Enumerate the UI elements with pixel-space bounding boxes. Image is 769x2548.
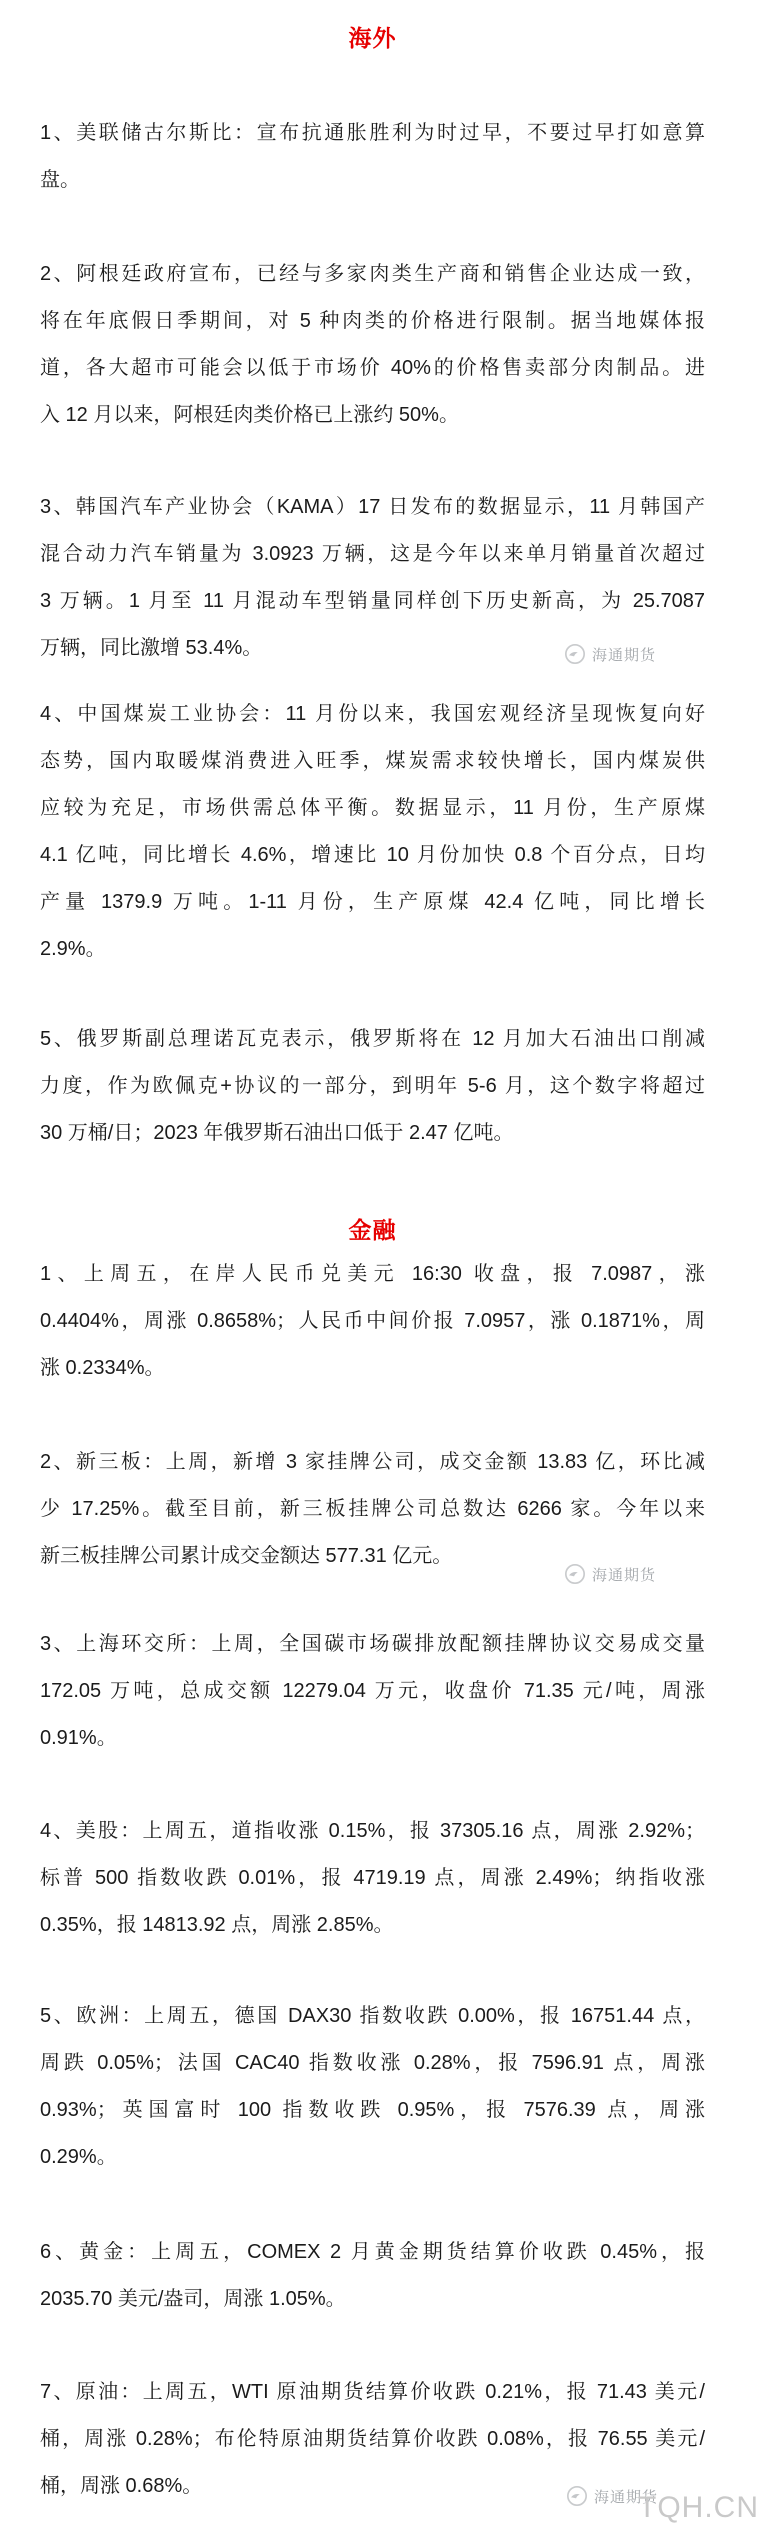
text-line: 态势，国内取暖煤消费进入旺季，煤炭需求较快增长，国内煤炭供 <box>40 738 705 785</box>
news-item-overseas-2: 2、阿根廷政府宣布，已经与多家肉类生产商和销售企业达成一致， 将在年底假日季期间… <box>40 251 705 439</box>
news-item-finance-2: 2、新三板：上周，新增 3 家挂牌公司，成交金额 13.83 亿，环比减 少 1… <box>40 1439 705 1580</box>
text-line: 172.05 万吨，总成交额 12279.04 万元，收盘价 71.35 元/吨… <box>40 1668 705 1715</box>
text-line: 3、韩国汽车产业协会（KAMA）17 日发布的数据显示，11 月韩国产 <box>40 484 705 531</box>
news-item-finance-5: 5、欧洲：上周五，德国 DAX30 指数收跌 0.00%，报 16751.44 … <box>40 1993 705 2181</box>
news-item-overseas-5: 5、俄罗斯副总理诺瓦克表示，俄罗斯将在 12 月加大石油出口削减 力度，作为欧佩… <box>40 1016 705 1157</box>
news-item-finance-7: 7、原油：上周五，WTI 原油期货结算价收跌 0.21%，报 71.43 美元/… <box>40 2369 705 2510</box>
text-line: 4、美股：上周五，道指收涨 0.15%，报 37305.16 点，周涨 2.92… <box>40 1808 705 1855</box>
text-line: 力度，作为欧佩克+协议的一部分，到明年 5-6 月，这个数字将超过 <box>40 1063 705 1110</box>
text-line: 5、欧洲：上周五，德国 DAX30 指数收跌 0.00%，报 16751.44 … <box>40 1993 705 2040</box>
text-line: 新三板挂牌公司累计成交金额达 577.31 亿元。 <box>40 1533 705 1580</box>
news-item-overseas-4: 4、中国煤炭工业协会：11 月份以来，我国宏观经济呈现恢复向好 态势，国内取暖煤… <box>40 691 705 973</box>
text-line: 0.29%。 <box>40 2134 705 2181</box>
news-item-finance-4: 4、美股：上周五，道指收涨 0.15%，报 37305.16 点，周涨 2.92… <box>40 1808 705 1949</box>
section-title-finance: 金融 <box>40 1213 705 1247</box>
text-line: 0.91%。 <box>40 1715 705 1762</box>
news-item-finance-1: 1、上周五，在岸人民币兑美元 16:30 收盘，报 7.0987，涨 0.440… <box>40 1251 705 1392</box>
text-line: 0.4404%，周涨 0.8658%；人民币中间价报 7.0957，涨 0.18… <box>40 1298 705 1345</box>
text-line: 盘。 <box>40 157 705 204</box>
news-item-finance-3: 3、上海环交所：上周，全国碳市场碳排放配额挂牌协议交易成交量 172.05 万吨… <box>40 1621 705 1762</box>
text-line: 涨 0.2334%。 <box>40 1345 705 1392</box>
text-line: 混合动力汽车销量为 3.0923 万辆，这是今年以来单月销量首次超过 <box>40 531 705 578</box>
text-line: 3 万辆。1 月至 11 月混动车型销量同样创下历史新高，为 25.7087 <box>40 578 705 625</box>
section-title-overseas: 海外 <box>40 21 705 55</box>
text-line: 周跌 0.05%；法国 CAC40 指数收涨 0.28%，报 7596.91 点… <box>40 2040 705 2087</box>
document: 海外 1、美联储古尔斯比：宣布抗通胀胜利为时过早，不要过早打如意算 盘。 2、阿… <box>0 21 769 2548</box>
text-line: 4.1 亿吨，同比增长 4.6%，增速比 10 月份加快 0.8 个百分点，日均 <box>40 832 705 879</box>
text-line: 4、中国煤炭工业协会：11 月份以来，我国宏观经济呈现恢复向好 <box>40 691 705 738</box>
text-line: 1、美联储古尔斯比：宣布抗通胀胜利为时过早，不要过早打如意算 <box>40 110 705 157</box>
text-line: 入 12 月以来，阿根廷肉类价格已上涨约 50%。 <box>40 392 705 439</box>
text-line: 2035.70 美元/盎司，周涨 1.05%。 <box>40 2276 705 2323</box>
text-line: 桶，周涨 0.28%；布伦特原油期货结算价收跌 0.08%，报 76.55 美元… <box>40 2416 705 2463</box>
text-line: 30 万桶/日；2023 年俄罗斯石油出口低于 2.47 亿吨。 <box>40 1110 705 1157</box>
news-item-overseas-3: 3、韩国汽车产业协会（KAMA）17 日发布的数据显示，11 月韩国产 混合动力… <box>40 484 705 672</box>
text-line: 0.93%；英国富时 100 指数收跌 0.95%，报 7576.39 点，周涨 <box>40 2087 705 2134</box>
text-line: 桶，周涨 0.68%。 <box>40 2463 705 2510</box>
text-line: 2、阿根廷政府宣布，已经与多家肉类生产商和销售企业达成一致， <box>40 251 705 298</box>
text-line: 标普 500 指数收跌 0.01%，报 4719.19 点，周涨 2.49%；纳… <box>40 1855 705 1902</box>
text-line: 3、上海环交所：上周，全国碳市场碳排放配额挂牌协议交易成交量 <box>40 1621 705 1668</box>
text-line: 应较为充足，市场供需总体平衡。数据显示，11 月份，生产原煤 <box>40 785 705 832</box>
text-line: 少 17.25%。截至目前，新三板挂牌公司总数达 6266 家。今年以来 <box>40 1486 705 1533</box>
news-item-overseas-1: 1、美联储古尔斯比：宣布抗通胀胜利为时过早，不要过早打如意算 盘。 <box>40 110 705 204</box>
text-line: 道，各大超市可能会以低于市场价 40%的价格售卖部分肉制品。进 <box>40 345 705 392</box>
text-line: 0.35%，报 14813.92 点，周涨 2.85%。 <box>40 1902 705 1949</box>
text-line: 产量 1379.9 万吨。1-11 月份，生产原煤 42.4 亿吨，同比增长 <box>40 879 705 926</box>
news-item-finance-6: 6、黄金：上周五，COMEX 2 月黄金期货结算价收跌 0.45%，报 2035… <box>40 2229 705 2323</box>
text-line: 5、俄罗斯副总理诺瓦克表示，俄罗斯将在 12 月加大石油出口削减 <box>40 1016 705 1063</box>
text-line: 1、上周五，在岸人民币兑美元 16:30 收盘，报 7.0987，涨 <box>40 1251 705 1298</box>
text-line: 万辆，同比激增 53.4%。 <box>40 625 705 672</box>
text-line: 2、新三板：上周，新增 3 家挂牌公司，成交金额 13.83 亿，环比减 <box>40 1439 705 1486</box>
text-line: 7、原油：上周五，WTI 原油期货结算价收跌 0.21%，报 71.43 美元/ <box>40 2369 705 2416</box>
text-line: 将在年底假日季期间，对 5 种肉类的价格进行限制。据当地媒体报 <box>40 298 705 345</box>
text-line: 6、黄金：上周五，COMEX 2 月黄金期货结算价收跌 0.45%，报 <box>40 2229 705 2276</box>
text-line: 2.9%。 <box>40 926 705 973</box>
